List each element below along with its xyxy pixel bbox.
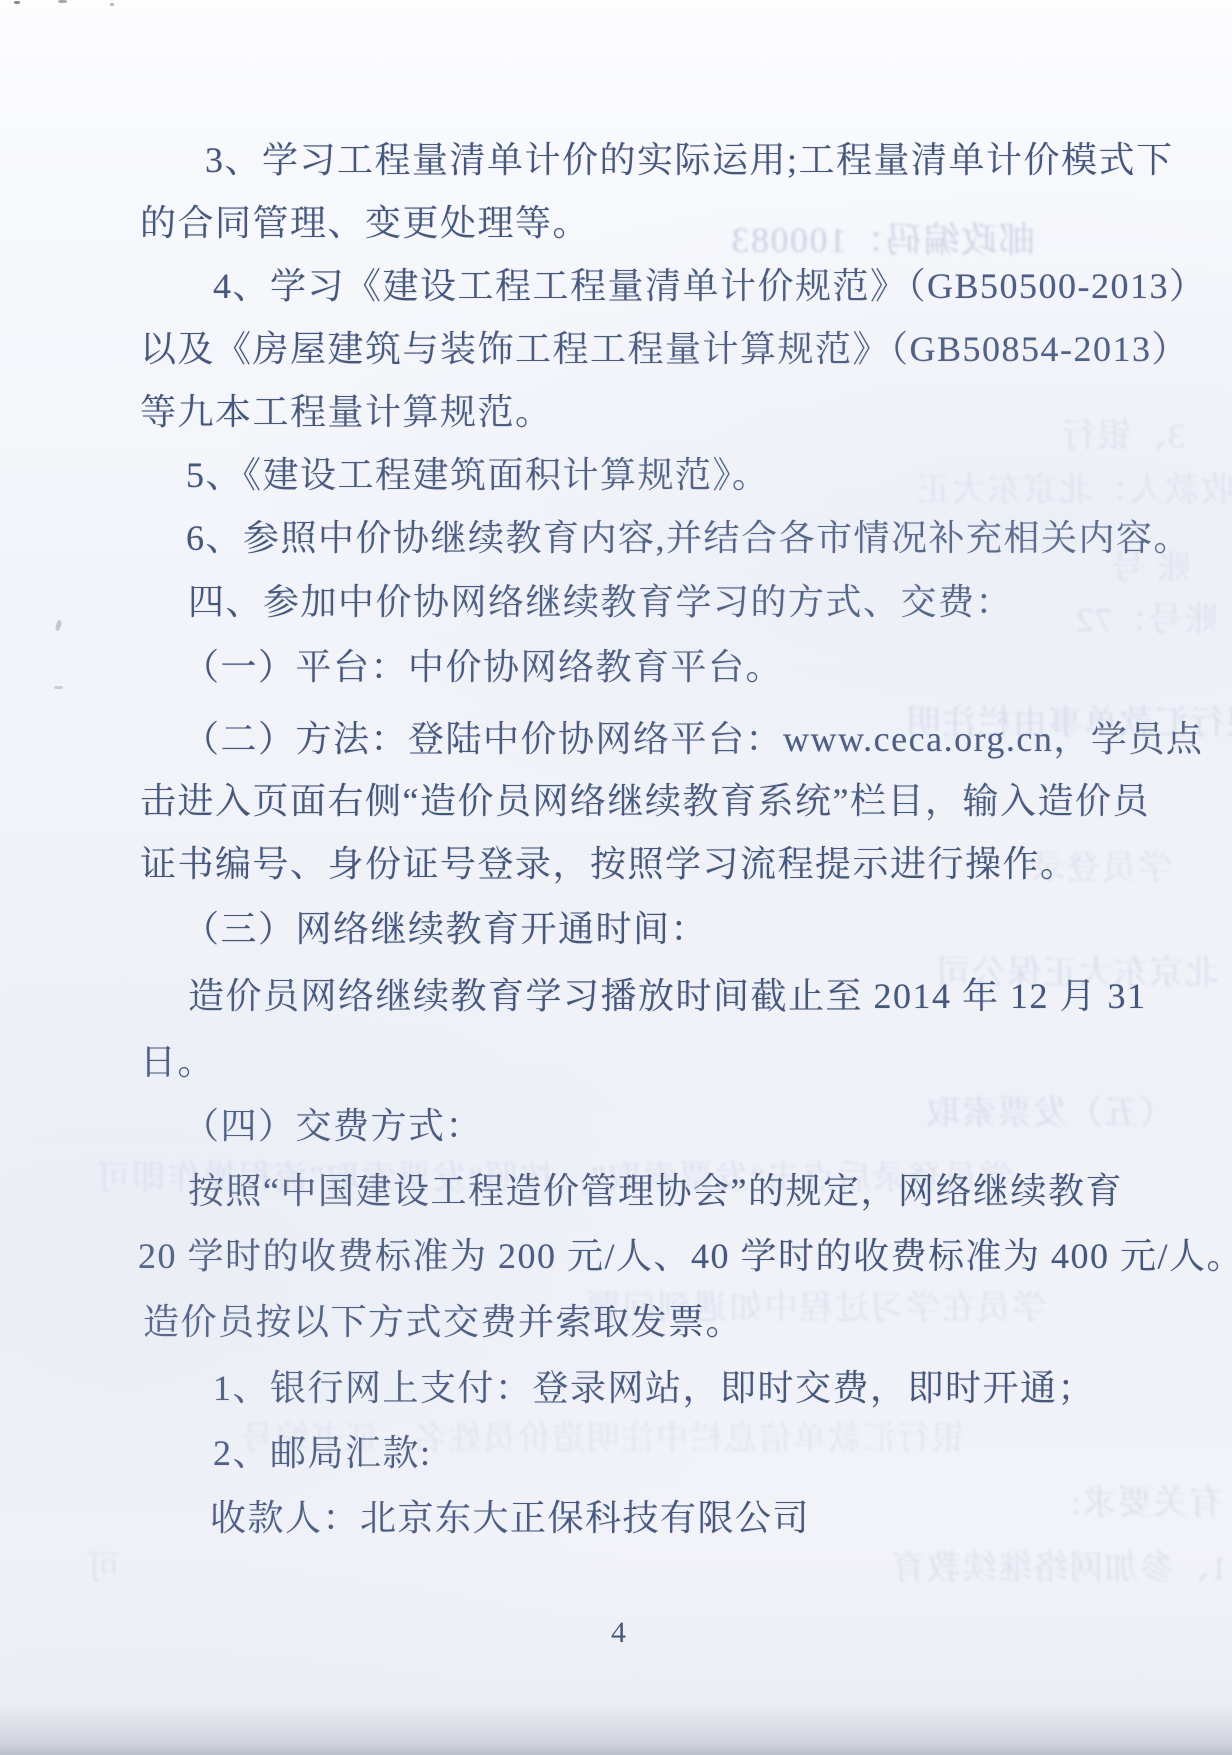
bleedthrough-text: 1、参加网络继续教育 <box>890 1540 1228 1589</box>
bleedthrough-text: 邮政编码：100083 <box>730 212 1035 263</box>
text-line: （一）平台：中价协网络教育平台。 <box>183 645 783 689</box>
text-line: 日。 <box>140 1040 215 1084</box>
text-line: 四、参加中价协网络继续教育学习的方式、交费： <box>188 580 1013 624</box>
text-line: 按照“中国建设工程造价管理协会”的规定，网络继续教育 <box>188 1169 1123 1213</box>
bleedthrough-text: 账号：72 <box>1075 592 1219 641</box>
text-line: 3、学习工程量清单计价的实际运用;工程量清单计价模式下 <box>205 138 1174 182</box>
text-line: 证书编号、身份证号登录，按照学习流程提示进行操作。 <box>140 842 1078 886</box>
scan-speck <box>110 3 114 6</box>
text-line: 4、学习《建设工程工程量清单计价规范》（GB50500-2013） <box>213 264 1207 308</box>
text-line: 造价员按以下方式交费并索取发票。 <box>143 1300 743 1344</box>
text-line: （二）方法：登陆中价协网络平台：www.ceca.org.cn，学员点 <box>183 717 1203 761</box>
scan-speck <box>54 686 63 689</box>
text-line: 的合同管理、变更处理等。 <box>140 201 590 245</box>
text-line: 击进入页面右侧“造价员网络继续教育系统”栏目，输入造价员 <box>140 779 1150 823</box>
text-line: 等九本工程量计算规范。 <box>140 390 553 434</box>
text-line: 造价员网络继续教育学习播放时间截止至 2014 年 12 月 31 <box>188 974 1147 1018</box>
bleedthrough-text: 收款人：北京东大正 <box>915 462 1232 511</box>
bleedthrough-text: 可 <box>85 1540 121 1589</box>
text-line: 20 学时的收费标准为 200 元/人、40 学时的收费标准为 400 元/人。 <box>138 1234 1232 1278</box>
scan-speck <box>14 1 20 4</box>
bleedthrough-text: 3、银行 <box>1060 408 1185 457</box>
text-line: 以及《房屋建筑与装饰工程工程量计算规范》（GB50854-2013） <box>140 327 1189 371</box>
scan-speck <box>58 0 67 3</box>
text-line: 1、银行网上支付：登录网站，即时交费，即时开通； <box>213 1366 1095 1410</box>
text-line: （三）网络继续教育开通时间： <box>183 907 708 951</box>
scan-speck <box>55 620 63 632</box>
text-line: 6、参照中价协继续教育内容,并结合各市情况补充相关内容。 <box>186 516 1191 560</box>
bleedthrough-text: （五）发票索取 <box>925 1085 1174 1134</box>
text-line: 收款人：北京东大正保科技有限公司 <box>210 1496 810 1540</box>
text-line: 5、《建设工程建筑面积计算规范》。 <box>186 453 770 497</box>
page-number: 4 <box>611 1616 626 1650</box>
text-line: 2、邮局汇款: <box>213 1431 432 1475</box>
scanned-page: 邮政编码：100083 3、银行 收款人：北京东大正 账 号 账号：72 银行汇… <box>0 0 1232 1755</box>
bleedthrough-text: 五、有关要求: <box>1070 1475 1232 1524</box>
text-line: （四）交费方式： <box>183 1104 483 1148</box>
